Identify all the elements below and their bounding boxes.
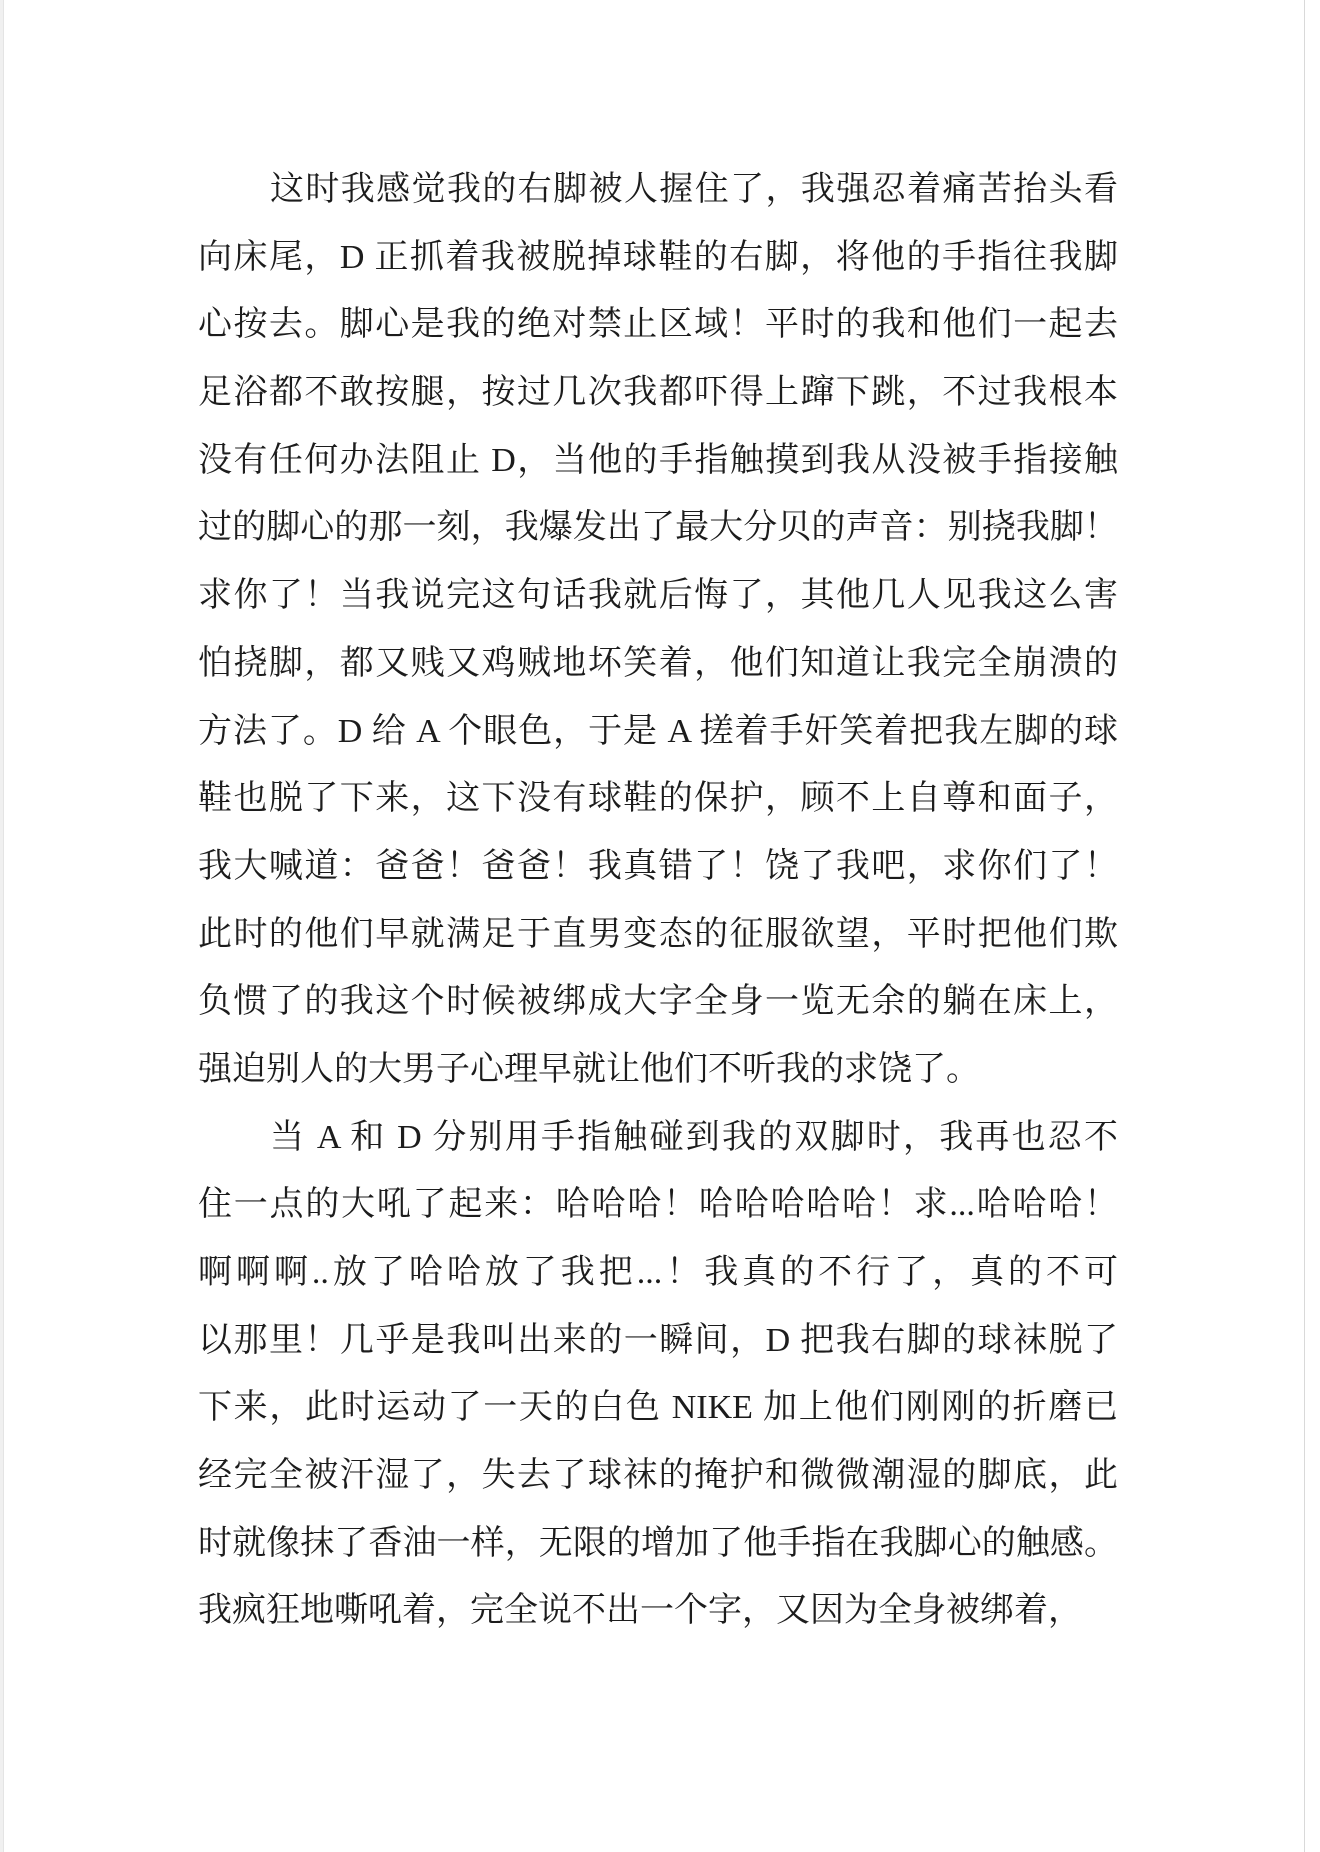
text-line: 下来，此时运动了一天的白色 NIKE 加上他们刚刚的折磨已 (198, 1374, 1118, 1442)
text-line: 足浴都不敢按腿，按过几次我都吓得上蹿下跳，不过我根本 (198, 359, 1118, 427)
text-line: 没有任何办法阻止 D，当他的手指触摸到我从没被手指接触 (198, 427, 1118, 495)
text-line: 怕挠脚，都又贱又鸡贼地坏笑着，他们知道让我完全崩溃的 (198, 630, 1118, 698)
text-line: 以那里！几乎是我叫出来的一瞬间，D 把我右脚的球袜脱了 (198, 1307, 1118, 1375)
page-right-edge (1304, 0, 1305, 1852)
text-line: 当 A 和 D 分别用手指触碰到我的双脚时，我再也忍不 (198, 1104, 1118, 1172)
text-line: 方法了。D 给 A 个眼色，于是 A 搓着手奸笑着把我左脚的球 (198, 698, 1118, 766)
page-left-edge (0, 0, 4, 1852)
text-line: 鞋也脱了下来，这下没有球鞋的保护，顾不上自尊和面子， (198, 765, 1118, 833)
text-line: 时就像抹了香油一样，无限的增加了他手指在我脚心的触感。 (198, 1510, 1118, 1578)
text-line: 此时的他们早就满足于直男变态的征服欲望，平时把他们欺 (198, 901, 1118, 969)
text-line: 我大喊道：爸爸！爸爸！我真错了！饶了我吧，求你们了！ (198, 833, 1118, 901)
text-line: 负惯了的我这个时候被绑成大字全身一览无余的躺在床上， (198, 968, 1118, 1036)
text-line: 住一点的大吼了起来：哈哈哈！哈哈哈哈哈！求...哈哈哈！ (198, 1171, 1118, 1239)
text-line: 强迫别人的大男子心理早就让他们不听我的求饶了。 (198, 1036, 1118, 1104)
text-line: 向床尾，D 正抓着我被脱掉球鞋的右脚，将他的手指往我脚 (198, 224, 1118, 292)
document-page: 这时我感觉我的右脚被人握住了，我强忍着痛苦抬头看 向床尾，D 正抓着我被脱掉球鞋… (198, 156, 1118, 1645)
text-line: 心按去。脚心是我的绝对禁止区域！平时的我和他们一起去 (198, 291, 1118, 359)
text-line: 过的脚心的那一刻，我爆发出了最大分贝的声音：别挠我脚！ (198, 494, 1118, 562)
text-line: 经完全被汗湿了，失去了球袜的掩护和微微潮湿的脚底，此 (198, 1442, 1118, 1510)
paragraph-1: 这时我感觉我的右脚被人握住了，我强忍着痛苦抬头看 向床尾，D 正抓着我被脱掉球鞋… (198, 156, 1118, 1104)
text-line: 求你了！当我说完这句话我就后悔了，其他几人见我这么害 (198, 562, 1118, 630)
paragraph-2: 当 A 和 D 分别用手指触碰到我的双脚时，我再也忍不 住一点的大吼了起来：哈哈… (198, 1104, 1118, 1646)
text-line: 这时我感觉我的右脚被人握住了，我强忍着痛苦抬头看 (198, 156, 1118, 224)
text-line: 啊啊啊..放了哈哈放了我把...！我真的不行了，真的不可 (198, 1239, 1118, 1307)
text-line: 我疯狂地嘶吼着，完全说不出一个字，又因为全身被绑着， (198, 1577, 1118, 1645)
